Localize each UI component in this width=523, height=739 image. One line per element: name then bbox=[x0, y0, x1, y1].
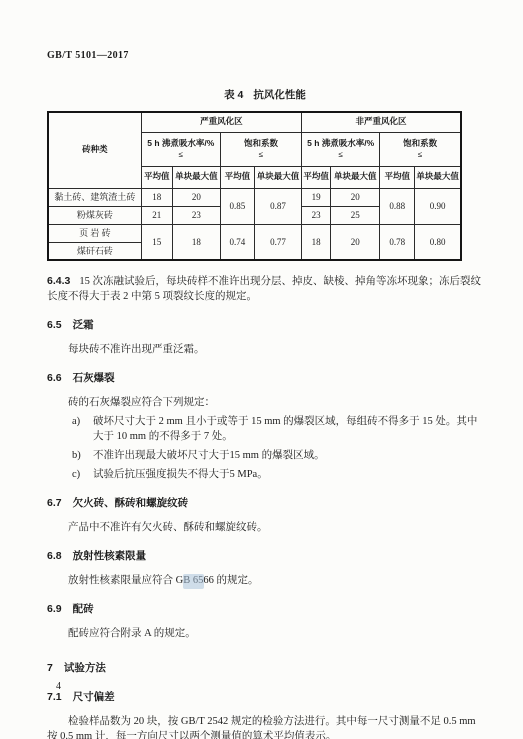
cell-value: 20 bbox=[331, 224, 380, 260]
clause-7-1-body: 检验样品数为 20 块，按 GB/T 2542 规定的检验方法进行。其中每一尺寸… bbox=[47, 714, 483, 739]
cell-value: 0.87 bbox=[254, 188, 301, 224]
cell-value: 0.90 bbox=[415, 188, 461, 224]
le-symbol: ≤ bbox=[381, 150, 459, 159]
list-item-c: c) 试验后抗压强度损失不得大于5 MPa。 bbox=[47, 467, 483, 482]
weathering-performance-table: 砖种类 严重风化区 非严重风化区 5 h 沸煮吸水率/%≤ 饱和系数≤ 5 h … bbox=[47, 111, 462, 261]
cell-value: 25 bbox=[331, 206, 380, 224]
metric-header-absorption-nonsevere: 5 h 沸煮吸水率/%≤ bbox=[302, 132, 380, 166]
group-header-severe: 严重风化区 bbox=[141, 112, 301, 132]
cell-value: 15 bbox=[141, 224, 172, 260]
table-row: 页 岩 砖 15 18 0.74 0.77 18 20 0.78 0.80 bbox=[48, 224, 461, 242]
table-caption-text: 抗风化性能 bbox=[253, 89, 306, 101]
row-label: 黏土砖、建筑渣土砖 bbox=[48, 188, 141, 206]
list-marker: a) bbox=[72, 414, 93, 444]
cell-value: 19 bbox=[302, 188, 331, 206]
standard-number: GB/T 5101—2017 bbox=[47, 50, 483, 61]
body-content: 6.4.315 次冻融试验后，每块砖样不准许出现分层、掉皮、缺棱、掉角等冻坏现象… bbox=[47, 274, 483, 739]
sub-header-max: 单块最大值 bbox=[172, 166, 220, 188]
group-header-nonsevere: 非严重风化区 bbox=[302, 112, 461, 132]
clause-6-7-body: 产品中不准许有欠火砖、酥砖和螺旋纹砖。 bbox=[47, 520, 483, 535]
cell-value: 0.74 bbox=[220, 224, 254, 260]
heading-6-7: 6.7欠火砖、酥砖和螺旋纹砖 bbox=[47, 496, 483, 511]
page-number: 4 bbox=[56, 681, 61, 692]
sub-header-avg: 平均值 bbox=[220, 166, 254, 188]
cell-value: 18 bbox=[302, 224, 331, 260]
sub-header-avg: 平均值 bbox=[302, 166, 331, 188]
table-corner-header: 砖种类 bbox=[48, 112, 141, 188]
sub-header-avg: 平均值 bbox=[380, 166, 415, 188]
row-label: 页 岩 砖 bbox=[48, 224, 141, 242]
list-marker: b) bbox=[72, 448, 93, 463]
clause-6-6-intro: 砖的石灰爆裂应符合下列规定： bbox=[47, 395, 483, 410]
list-text: 不准许出现最大破坏尺寸大于15 mm 的爆裂区域。 bbox=[93, 448, 483, 463]
sub-header-max: 单块最大值 bbox=[254, 166, 301, 188]
document-page: GB/T 5101—2017 表 4抗风化性能 砖种类 严重风化区 非严重风化区… bbox=[0, 0, 523, 739]
list-text: 试验后抗压强度损失不得大于5 MPa。 bbox=[93, 467, 483, 482]
heading-6-5: 6.5泛霜 bbox=[47, 318, 483, 333]
sub-header-max: 单块最大值 bbox=[415, 166, 461, 188]
list-item-b: b) 不准许出现最大破坏尺寸大于15 mm 的爆裂区域。 bbox=[47, 448, 483, 463]
row-label: 粉煤灰砖 bbox=[48, 206, 141, 224]
le-symbol: ≤ bbox=[222, 150, 300, 159]
sub-header-max: 单块最大值 bbox=[331, 166, 380, 188]
cell-value: 23 bbox=[302, 206, 331, 224]
table-caption: 表 4抗风化性能 bbox=[47, 87, 483, 102]
clause-6-4-3: 6.4.315 次冻融试验后，每块砖样不准许出现分层、掉皮、缺棱、掉角等冻坏现象… bbox=[47, 274, 483, 304]
sub-header-avg: 平均值 bbox=[141, 166, 172, 188]
metric-header-absorption-severe: 5 h 沸煮吸水率/%≤ bbox=[141, 132, 220, 166]
clause-number: 6.4.3 bbox=[47, 275, 70, 287]
table-caption-number: 表 4 bbox=[224, 89, 243, 101]
metric-header-saturation-nonsevere: 饱和系数≤ bbox=[380, 132, 461, 166]
cell-value: 21 bbox=[141, 206, 172, 224]
list-text: 破坏尺寸大于 2 mm 且小于或等于 15 mm 的爆裂区域，每组砖不得多于 1… bbox=[93, 414, 483, 444]
clause-text: 15 次冻融试验后，每块砖样不准许出现分层、掉皮、缺棱、掉角等冻坏现象；冻后裂纹… bbox=[47, 276, 481, 302]
table-row: 黏土砖、建筑渣土砖 18 20 0.85 0.87 19 20 0.88 0.9… bbox=[48, 188, 461, 206]
heading-6-8: 6.8放射性核素限量 bbox=[47, 549, 483, 564]
cell-value: 18 bbox=[141, 188, 172, 206]
cell-value: 0.78 bbox=[380, 224, 415, 260]
cell-value: 0.85 bbox=[220, 188, 254, 224]
cell-value: 18 bbox=[172, 224, 220, 260]
heading-7: 7试验方法 bbox=[47, 661, 483, 676]
metric-header-saturation-severe: 饱和系数≤ bbox=[220, 132, 301, 166]
clause-6-8-body: 放射性核素限量应符合 GB 6566 的规定。 bbox=[47, 573, 483, 588]
heading-6-9: 6.9配砖 bbox=[47, 602, 483, 617]
cell-value: 23 bbox=[172, 206, 220, 224]
list-marker: c) bbox=[72, 467, 93, 482]
cell-value: 0.77 bbox=[254, 224, 301, 260]
cell-value: 0.88 bbox=[380, 188, 415, 224]
cell-value: 20 bbox=[172, 188, 220, 206]
watermark-stamp bbox=[183, 574, 204, 589]
list-item-a: a) 破坏尺寸大于 2 mm 且小于或等于 15 mm 的爆裂区域，每组砖不得多… bbox=[47, 414, 483, 444]
heading-7-1: 7.1尺寸偏差 bbox=[47, 690, 483, 705]
cell-value: 20 bbox=[331, 188, 380, 206]
clause-6-5-body: 每块砖不准许出现严重泛霜。 bbox=[47, 342, 483, 357]
row-label: 煤矸石砖 bbox=[48, 242, 141, 260]
cell-value: 0.80 bbox=[415, 224, 461, 260]
heading-6-6: 6.6石灰爆裂 bbox=[47, 371, 483, 386]
clause-6-9-body: 配砖应符合附录 A 的规定。 bbox=[47, 626, 483, 641]
le-symbol: ≤ bbox=[143, 150, 219, 159]
le-symbol: ≤ bbox=[303, 150, 378, 159]
